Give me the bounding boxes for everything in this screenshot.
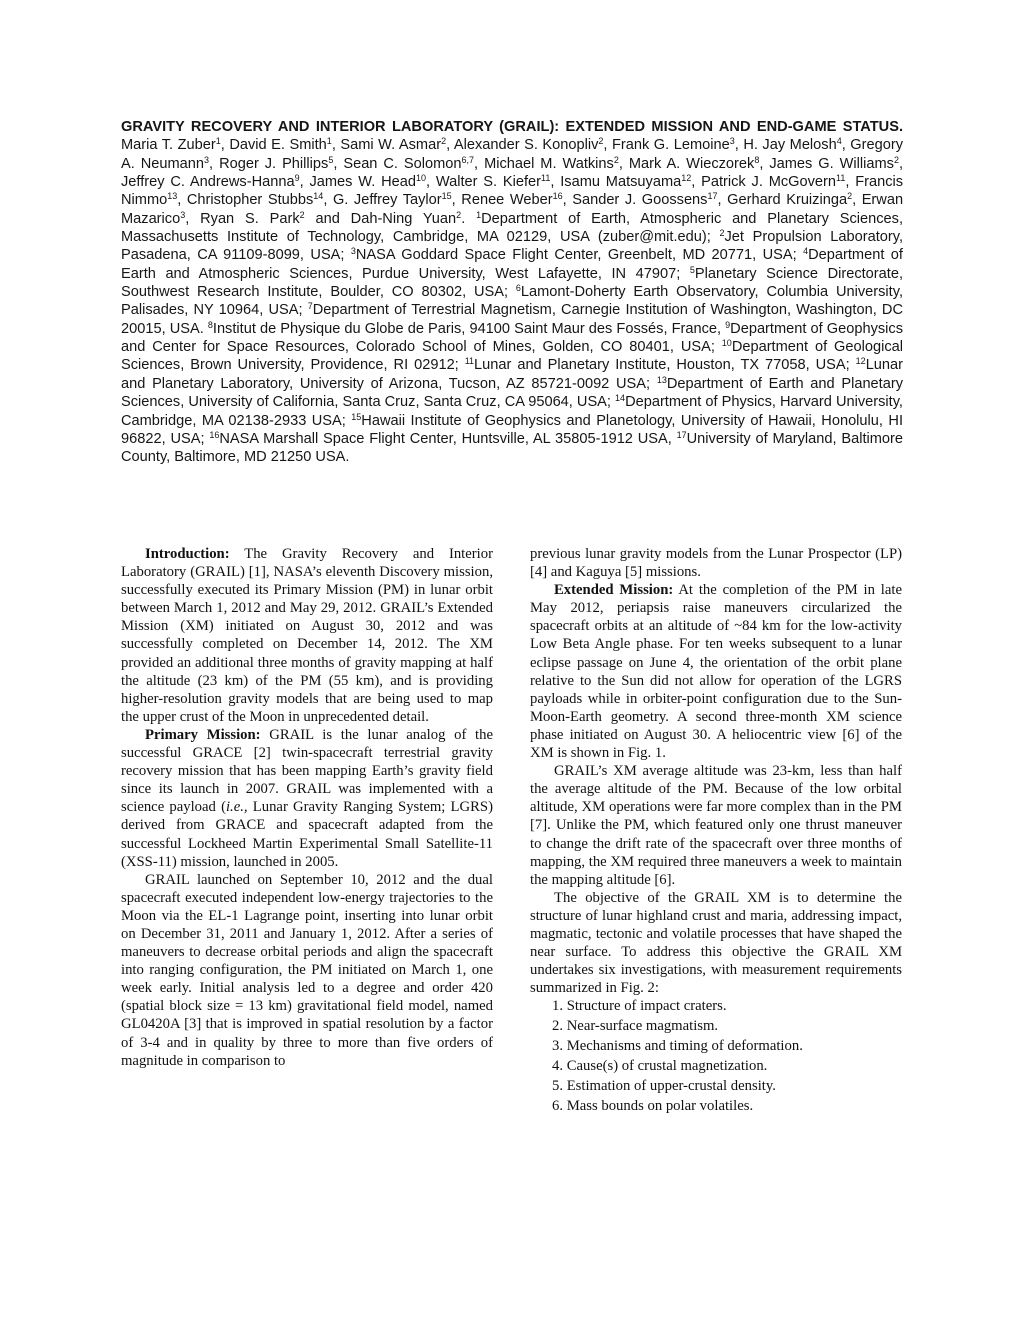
affiliation-marker: 6,7 [462,155,475,165]
author-name: Walter S. Kiefer [436,174,541,190]
affiliation-marker: 3 [730,136,735,146]
affiliation-marker: 15 [442,191,452,201]
affiliation-text: NASA Marshall Space Flight Center, Hunts… [219,431,676,447]
affiliation-marker: 2 [614,155,619,165]
affiliation-marker: 4 [837,136,842,146]
author-name: Ryan S. Park [200,211,300,227]
affiliation-text: Institut de Physique du Globe de Paris, … [213,321,725,337]
author-name: Maria T. Zuber [121,137,216,153]
author-name: Sami W. Asmar [340,137,441,153]
affiliation-marker: 11 [541,173,550,183]
author-name: Mark A. Wieczorek [629,156,754,172]
affiliation-marker: 2 [456,210,461,220]
author-name: Renee Weber [461,192,552,208]
affiliation-marker: 17 [707,191,717,201]
affiliation-number: 14 [615,393,625,403]
extended-mission-heading: Extended Mission: [554,582,673,598]
affiliation-list: 1Department of Earth, Atmospheric and Pl… [121,211,903,465]
investigation-item: 4. Cause(s) of crustal magnetization. [552,1057,902,1077]
right-column: previous lunar gravity models from the L… [530,545,902,1117]
affiliation-number: 10 [722,338,732,348]
affiliation-marker: 9 [295,173,300,183]
affiliation-number: 12 [856,356,866,366]
author-name: Patrick J. McGovern [701,174,836,190]
affiliation-marker: 11 [836,173,845,183]
affiliation-number: 17 [677,430,687,440]
launch-paragraph-continued: previous lunar gravity models from the L… [530,545,902,581]
left-column: Introduction: The Gravity Recovery and I… [121,545,493,1070]
investigation-item: 2. Near-surface magmatism. [552,1017,902,1037]
introduction-heading: Introduction: [145,546,230,562]
extended-mission-paragraph: Extended Mission: At the completion of t… [530,581,902,762]
affiliation-marker: 1 [216,136,221,146]
author-name: G. Jeffrey Taylor [333,192,442,208]
author-name: Michael M. Watkins [484,156,614,172]
author-name: Gerhard Kruizinga [727,192,847,208]
affiliation-marker: 5 [328,155,333,165]
affiliation-number: 15 [351,412,361,422]
affiliation-text: NASA Goddard Space Flight Center, Greenb… [356,247,803,263]
author-name: Christopher Stubbs [187,192,313,208]
affiliation-marker: 3 [180,210,185,220]
investigation-item: 1. Structure of impact craters. [552,997,902,1017]
affiliation-marker: 13 [167,191,177,201]
affiliation-marker: 2 [441,136,446,146]
affiliation-marker: 2 [847,191,852,201]
primary-mission-paragraph: Primary Mission: GRAIL is the lunar anal… [121,726,493,871]
author-name: James W. Head [309,174,416,190]
author-name: Alexander S. Konopliv [454,137,599,153]
author-name: Dah-Ning Yuan [351,211,457,227]
investigation-item: 3. Mechanisms and timing of deformation. [552,1037,902,1057]
launch-paragraph: GRAIL launched on September 10, 2012 and… [121,871,493,1070]
affiliation-number: 13 [657,375,667,385]
affiliation-marker: 1 [327,136,332,146]
affiliation-marker: 12 [681,173,691,183]
affiliation-marker: 14 [313,191,323,201]
altitude-paragraph: GRAIL’s XM average altitude was 23-km, l… [530,762,902,889]
author-name: Isamu Matsuyama [560,174,681,190]
author-name: James G. Williams [769,156,894,172]
primary-mission-heading: Primary Mission: [145,727,261,743]
author-name: Roger J. Phillips [219,156,328,172]
affiliation-marker: 10 [416,173,426,183]
affiliation-marker: 2 [894,155,899,165]
affiliation-marker: 16 [553,191,563,201]
author-name: Frank G. Lemoine [612,137,730,153]
investigation-item: 5. Estimation of upper-crustal density. [552,1077,902,1097]
affiliation-marker: 3 [204,155,209,165]
paper-title: GRAVITY RECOVERY AND INTERIOR LABORATORY… [121,119,903,135]
author-name: H. Jay Melosh [743,137,836,153]
objective-paragraph: The objective of the GRAIL XM is to dete… [530,889,902,998]
investigations-list: 1. Structure of impact craters.2. Near-s… [530,997,902,1116]
paper-header: GRAVITY RECOVERY AND INTERIOR LABORATORY… [121,118,903,467]
introduction-paragraph: Introduction: The Gravity Recovery and I… [121,545,493,726]
affiliation-text: Lunar and Planetary Institute, Houston, … [474,357,856,373]
investigation-item: 6. Mass bounds on polar volatiles. [552,1097,902,1117]
affiliation-marker: 2 [598,136,603,146]
author-name: David E. Smith [229,137,326,153]
affiliation-number: 16 [209,430,219,440]
affiliation-marker: 2 [300,210,305,220]
author-name: Sean C. Solomon [343,156,461,172]
author-name: Sander J. Goossens [572,192,707,208]
affiliation-number: 11 [465,356,474,366]
author-name: Jeffrey C. Andrews-Hanna [121,174,295,190]
affiliation-marker: 8 [754,155,759,165]
